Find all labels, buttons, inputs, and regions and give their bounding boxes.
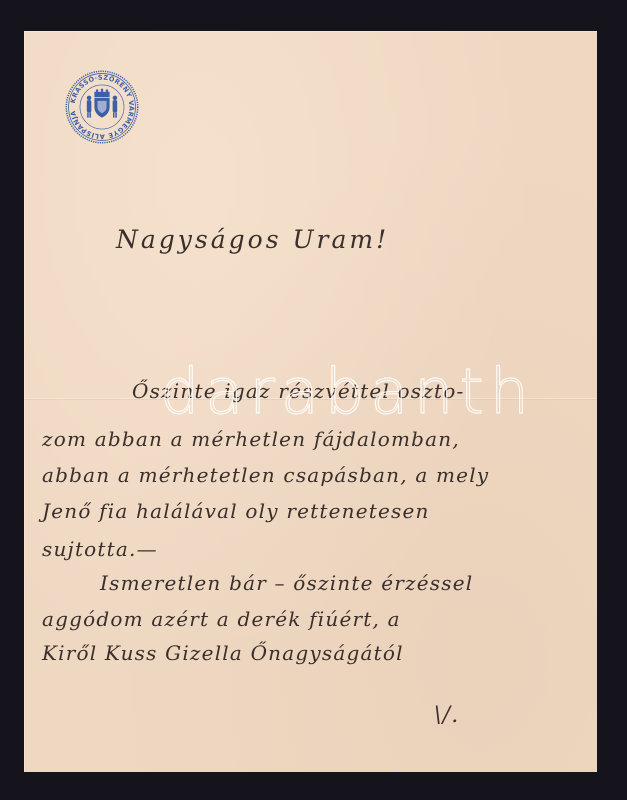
letter-line-8: Kiről Kuss Gizella Őnagyságától <box>42 641 404 665</box>
letter-line-4: Jenő fia halálával oly rettenetesen <box>42 499 430 523</box>
letter-line-1: Őszinte igaz részvéttel oszto- <box>132 379 464 403</box>
letter-salutation: Nagyságos Uram! <box>116 225 389 254</box>
letter-line-5: sujtotta.— <box>42 537 158 561</box>
letter-line-7: aggódom azért a derék fiúért, a <box>42 607 401 631</box>
letter-line-2: zom abban a mérhetlen fájdalomban, <box>42 427 460 451</box>
letter-line-3: abban a mérhetetlen csapásban, a mely <box>42 463 489 487</box>
letter-line-6: Ismeretlen bár – őszinte érzéssel <box>100 571 473 595</box>
letter-paper: KRASSÓ·SZÖRÉNY VÁRMEGYE ALISPÁNJA · Nagy… <box>24 31 597 772</box>
county-seal-icon: KRASSÓ·SZÖRÉNY VÁRMEGYE ALISPÁNJA · <box>64 69 140 145</box>
page-turn-mark: \/. <box>434 703 459 728</box>
